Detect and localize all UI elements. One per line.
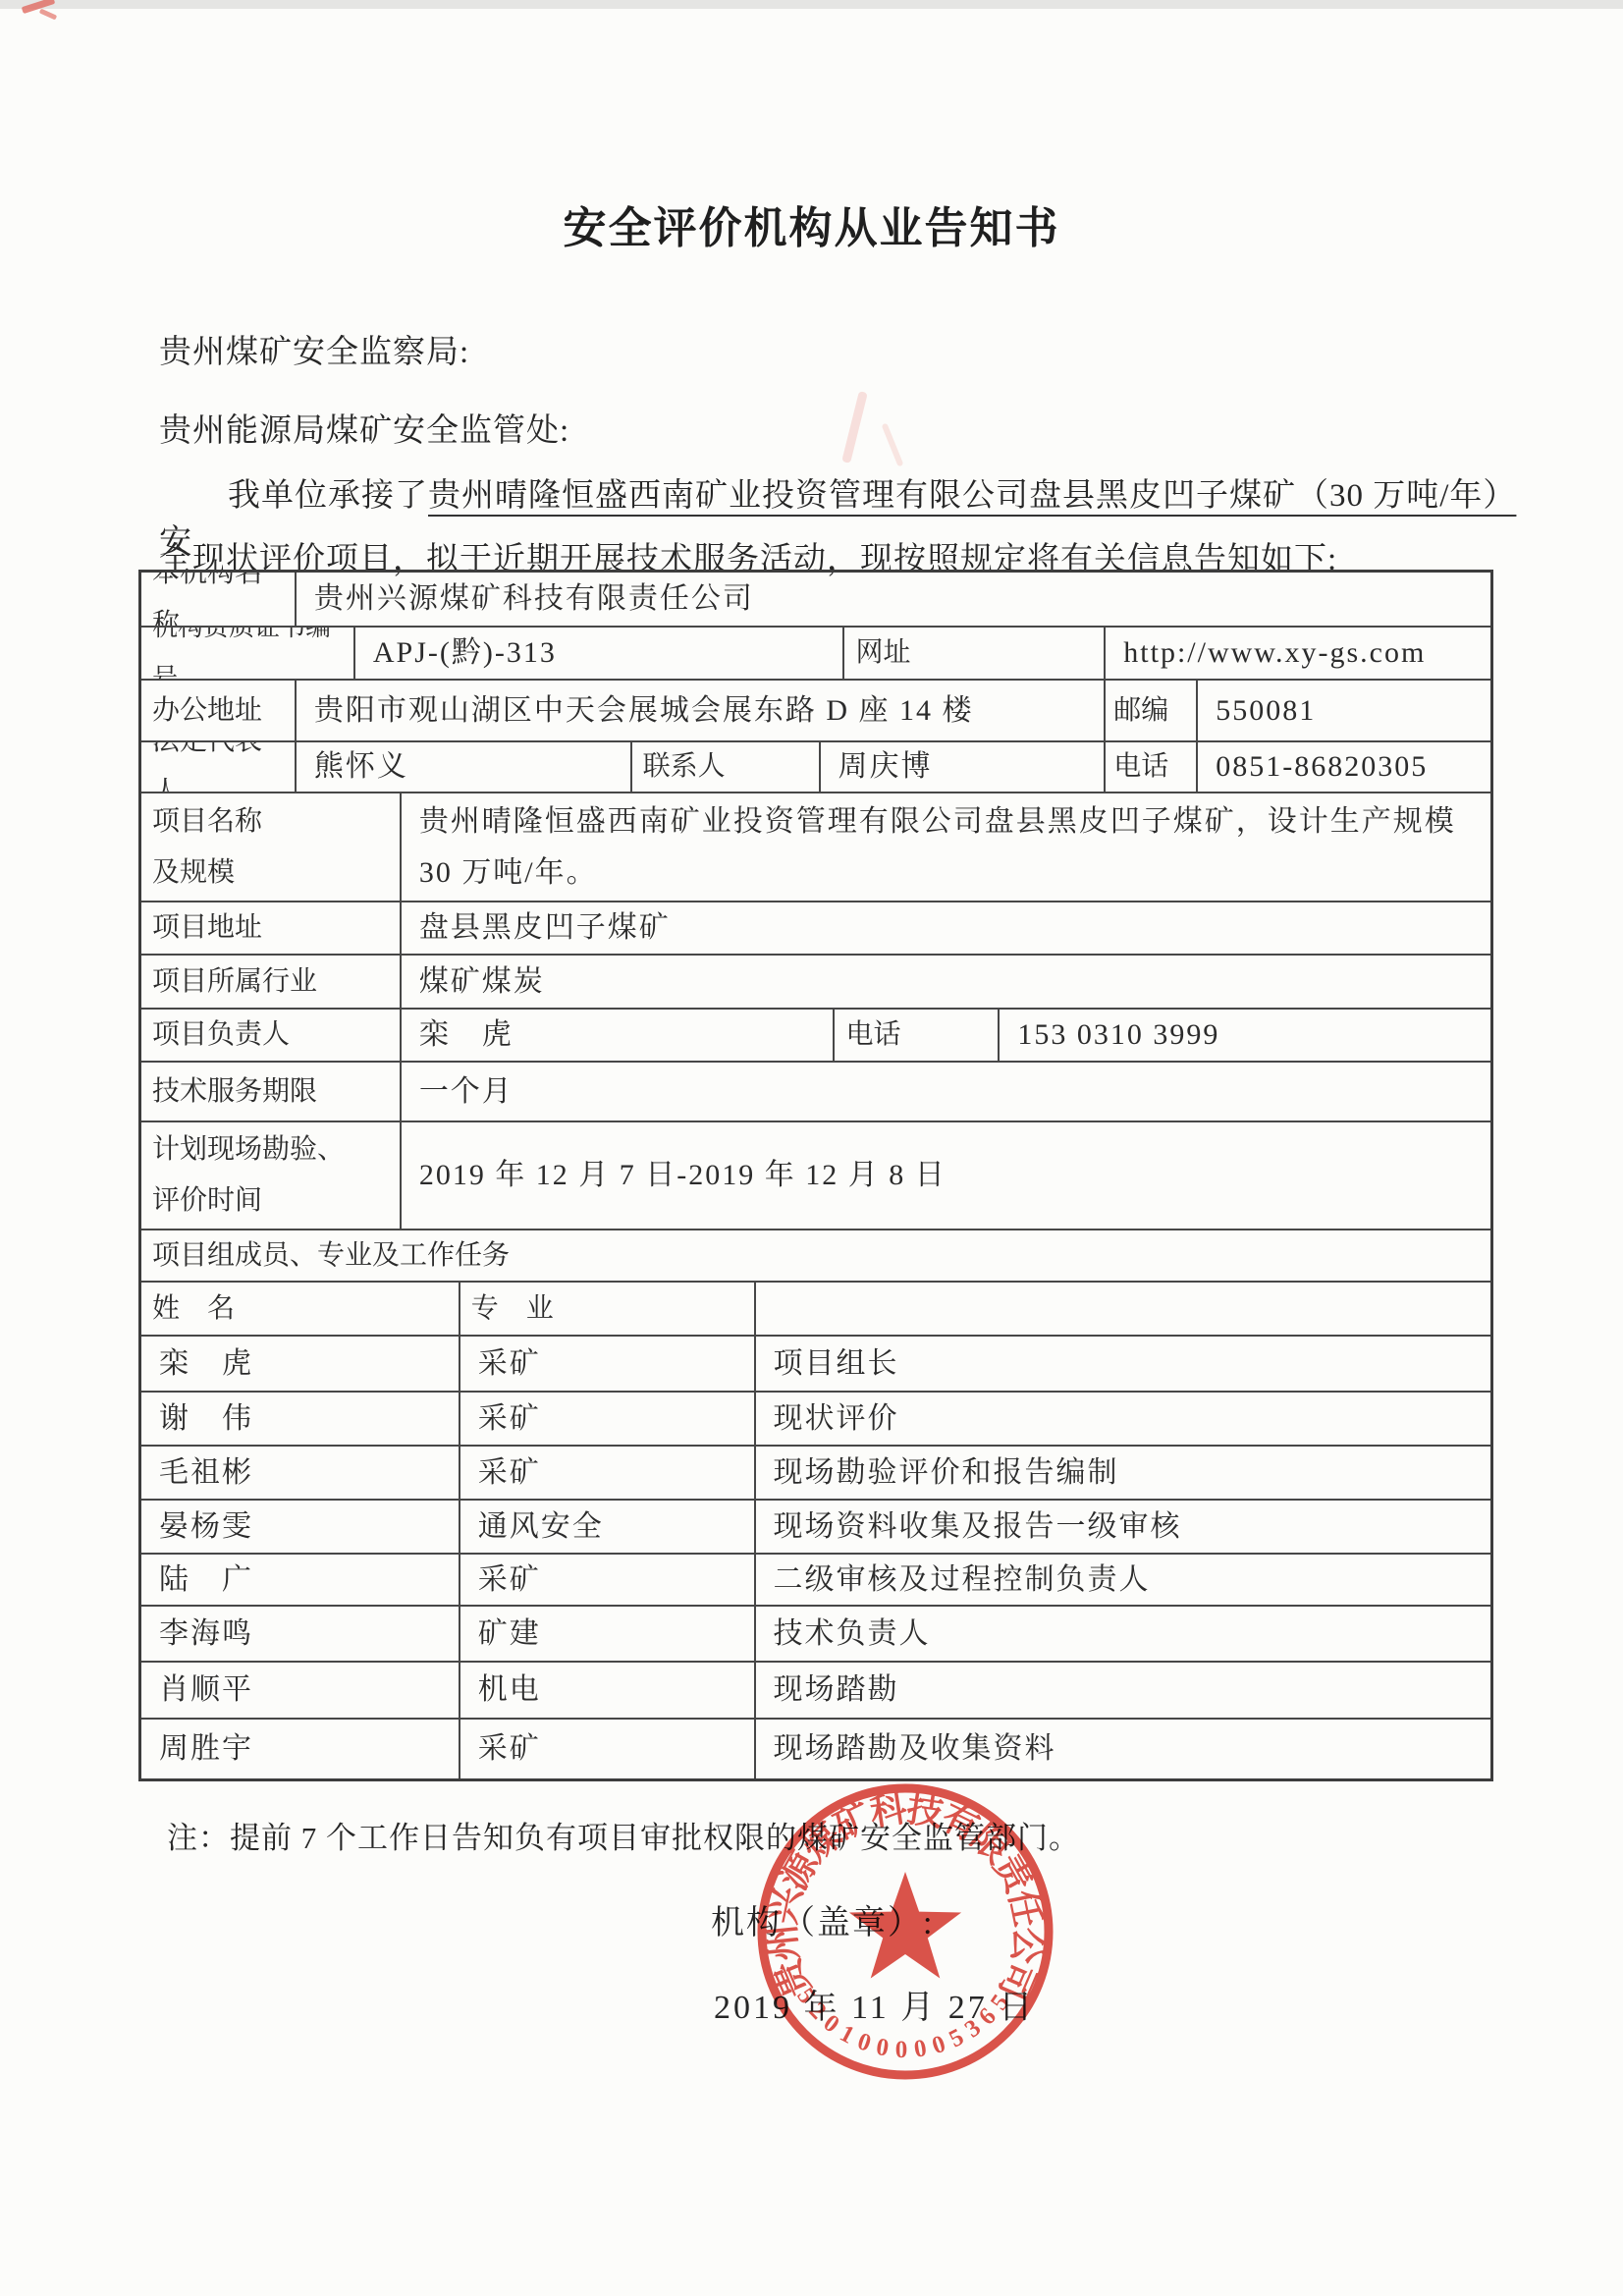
table-row: 技术服务期限 一个月 bbox=[141, 1063, 1490, 1122]
table-row: 法定代表人 熊怀义 联系人 周庆博 电话 0851-86820305 bbox=[141, 742, 1490, 793]
member-name: 谢 伟 bbox=[141, 1393, 460, 1445]
member-specialty: 机电 bbox=[460, 1663, 756, 1718]
member-specialty: 采矿 bbox=[460, 1447, 756, 1499]
member-task: 项目组长 bbox=[756, 1337, 1490, 1391]
field-label: 本机构名称 bbox=[141, 573, 297, 626]
member-task: 技术负责人 bbox=[756, 1607, 1490, 1661]
member-name: 晏杨雯 bbox=[141, 1501, 460, 1553]
member-name: 李海鸣 bbox=[141, 1607, 460, 1661]
company-seal-stamp: 贵州兴源煤矿科技有限责任公司 5201000005365 bbox=[748, 1775, 1062, 2089]
member-row: 晏杨雯 通风安全 现场资料收集及报告一级审核 bbox=[141, 1501, 1490, 1555]
field-label: 联系人 bbox=[632, 742, 821, 792]
pink-smudge-artifact bbox=[841, 391, 868, 464]
member-task: 现场踏勘 bbox=[756, 1663, 1490, 1718]
member-task: 现场踏勘及收集资料 bbox=[756, 1720, 1490, 1778]
section-title: 项目组成员、专业及工作任务 bbox=[141, 1230, 1490, 1281]
field-value: 一个月 bbox=[402, 1063, 1490, 1121]
member-row: 谢 伟 采矿 现状评价 bbox=[141, 1393, 1490, 1447]
member-specialty: 采矿 bbox=[460, 1720, 756, 1778]
field-value: 栾 虎 bbox=[402, 1010, 836, 1061]
member-row: 肖顺平 机电 现场踏勘 bbox=[141, 1663, 1490, 1720]
recipient-line-2: 贵州能源局煤矿安全监管处: bbox=[159, 405, 569, 451]
table-row: 机构资质证书编号 APJ-(黔)-313 网址 http://www.xy-gs… bbox=[141, 628, 1490, 681]
field-label: 网址 bbox=[844, 628, 1106, 679]
table-section-header-row: 项目组成员、专业及工作任务 bbox=[141, 1230, 1490, 1283]
field-label: 计划现场勘验、 评价时间 bbox=[141, 1122, 402, 1229]
field-value: 煤矿煤炭 bbox=[402, 956, 1490, 1008]
field-value: 周庆博 bbox=[821, 742, 1107, 792]
field-value: 贵州晴隆恒盛西南矿业投资管理有限公司盘县黑皮凹子煤矿，设计生产规模 30 万吨/… bbox=[402, 793, 1490, 901]
member-header-row: 姓 名 专 业 bbox=[141, 1283, 1490, 1337]
table-row: 计划现场勘验、 评价时间 2019 年 12 月 7 日-2019 年 12 月… bbox=[141, 1122, 1490, 1230]
column-header-name: 姓 名 bbox=[141, 1283, 460, 1335]
member-name: 周胜宇 bbox=[141, 1720, 460, 1778]
field-label: 法定代表人 bbox=[141, 742, 297, 792]
field-value: 贵州兴源煤矿科技有限责任公司 bbox=[297, 573, 1490, 626]
member-row: 李海鸣 矿建 技术负责人 bbox=[141, 1607, 1490, 1663]
field-value: http://www.xy-gs.com bbox=[1106, 628, 1490, 679]
table-row: 项目所属行业 煤矿煤炭 bbox=[141, 956, 1490, 1010]
member-specialty: 采矿 bbox=[460, 1393, 756, 1445]
field-label: 电话 bbox=[835, 1010, 1000, 1061]
member-row: 栾 虎 采矿 项目组长 bbox=[141, 1337, 1490, 1393]
recipient-line-1: 贵州煤矿安全监察局: bbox=[159, 326, 469, 372]
member-name: 陆 广 bbox=[141, 1555, 460, 1605]
field-value: 2019 年 12 月 7 日-2019 年 12 月 8 日 bbox=[402, 1122, 1490, 1229]
field-label: 电话 bbox=[1106, 742, 1198, 792]
member-specialty: 采矿 bbox=[460, 1555, 756, 1605]
member-task: 现场勘验评价和报告编制 bbox=[756, 1447, 1490, 1499]
field-value: 盘县黑皮凹子煤矿 bbox=[402, 902, 1490, 954]
column-header-specialty: 专 业 bbox=[460, 1283, 756, 1335]
member-row: 周胜宇 采矿 现场踏勘及收集资料 bbox=[141, 1720, 1490, 1778]
notification-info-table: 本机构名称 贵州兴源煤矿科技有限责任公司 机构资质证书编号 APJ-(黔)-31… bbox=[138, 570, 1493, 1781]
document-page: 安全评价机构从业告知书 贵州煤矿安全监察局: 贵州能源局煤矿安全监管处: 我单位… bbox=[0, 0, 1623, 2296]
field-label: 邮编 bbox=[1106, 681, 1198, 740]
member-specialty: 采矿 bbox=[460, 1337, 756, 1391]
field-value: 153 0310 3999 bbox=[1000, 1010, 1490, 1061]
table-row: 项目名称 及规模 贵州晴隆恒盛西南矿业投资管理有限公司盘县黑皮凹子煤矿，设计生产… bbox=[141, 793, 1490, 902]
para-underlined-project: 贵州晴隆恒盛西南矿业投资管理有限公司盘县黑皮凹子煤矿（30 万吨/年） bbox=[428, 478, 1516, 514]
field-label: 机构资质证书编号 bbox=[141, 628, 355, 679]
member-specialty: 通风安全 bbox=[460, 1501, 756, 1553]
page-title: 安全评价机构从业告知书 bbox=[0, 192, 1623, 255]
red-pen-mark bbox=[39, 9, 57, 21]
member-row: 陆 广 采矿 二级审核及过程控制负责人 bbox=[141, 1555, 1490, 1607]
member-task: 现场资料收集及报告一级审核 bbox=[756, 1501, 1490, 1553]
table-row: 项目负责人 栾 虎 电话 153 0310 3999 bbox=[141, 1010, 1490, 1063]
field-label: 项目所属行业 bbox=[141, 956, 402, 1008]
field-label: 项目负责人 bbox=[141, 1010, 402, 1061]
pink-smudge-artifact bbox=[882, 423, 904, 467]
member-task: 二级审核及过程控制负责人 bbox=[756, 1555, 1490, 1605]
field-value: 550081 bbox=[1198, 681, 1490, 740]
member-task: 现状评价 bbox=[756, 1393, 1490, 1445]
table-row: 本机构名称 贵州兴源煤矿科技有限责任公司 bbox=[141, 573, 1490, 628]
field-label: 项目名称 及规模 bbox=[141, 793, 402, 901]
member-name: 毛祖彬 bbox=[141, 1447, 460, 1499]
field-value: APJ-(黔)-313 bbox=[355, 628, 845, 679]
seal-star-icon bbox=[849, 1872, 961, 1979]
field-label: 办公地址 bbox=[141, 681, 297, 740]
field-value: 贵阳市观山湖区中天会展城会展东路 D 座 14 楼 bbox=[297, 681, 1106, 740]
column-header-task bbox=[756, 1283, 1490, 1335]
table-row: 办公地址 贵阳市观山湖区中天会展城会展东路 D 座 14 楼 邮编 550081 bbox=[141, 681, 1490, 742]
field-value: 0851-86820305 bbox=[1198, 742, 1490, 792]
field-value: 熊怀义 bbox=[297, 742, 632, 792]
member-name: 肖顺平 bbox=[141, 1663, 460, 1718]
field-label: 技术服务期限 bbox=[141, 1063, 402, 1121]
scan-artifact-top-band bbox=[0, 0, 1623, 9]
member-specialty: 矿建 bbox=[460, 1607, 756, 1661]
member-row: 毛祖彬 采矿 现场勘验评价和报告编制 bbox=[141, 1447, 1490, 1501]
member-name: 栾 虎 bbox=[141, 1337, 460, 1391]
table-row: 项目地址 盘县黑皮凹子煤矿 bbox=[141, 902, 1490, 956]
para-lead: 我单位承接了 bbox=[228, 478, 428, 514]
field-label: 项目地址 bbox=[141, 902, 402, 954]
